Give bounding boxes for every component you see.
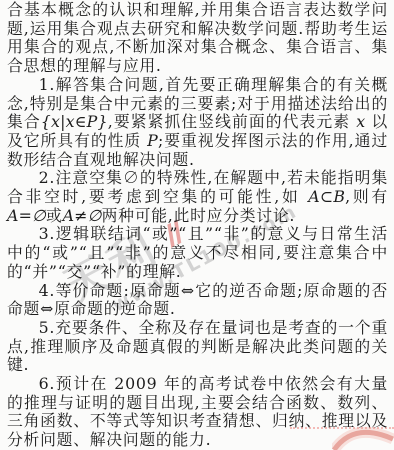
paragraph: 1.解答集合问题,首先要正确理解集合的有关概念,特别是集合中元素的三要素;对于用… <box>7 76 388 170</box>
math-expression: P <box>147 131 158 150</box>
text-run: 6.预计在 2009 年的高考试卷中依然会有大量的推理与证明的题目出现,主要会结… <box>7 374 388 449</box>
math-expression: {x|x∈P} <box>41 112 108 131</box>
paragraph: 6.预计在 2009 年的高考试卷中依然会有大量的推理与证明的题目出现,主要会结… <box>7 375 388 450</box>
document-page: 天利 www.TL100.com 合基本概念的认识和理解,并用集合语言表达数学问… <box>0 0 394 450</box>
paragraph: 2.注意空集∅的特殊性,在解题中,若未能指明集合非空时,要考虑到空集的可能性,如… <box>7 169 388 225</box>
text-run: 合基本概念的认识和理解,并用集合语言表达数学问题,运用集合观点去研究和解决数学问… <box>7 0 388 75</box>
math-expression: A⊂B <box>308 187 345 206</box>
text-run: 3.逻辑联结词“或”“且”“非”的意义与日常生活中的“或”“且”“非”的意义不尽… <box>7 224 388 280</box>
math-expression: x <box>356 112 365 131</box>
math-expression: A≠∅ <box>63 206 102 225</box>
text-run: ,则有 <box>345 187 388 206</box>
paragraph: 3.逻辑联结词“或”“且”“非”的意义与日常生活中的“或”“且”“非”的意义不尽… <box>7 225 388 281</box>
paragraph: 4.等价命题:原命题⇔它的逆否命题;原命题的否命题⇔原命题的逆命题. <box>7 282 388 319</box>
text-run: 5.充要条件、全称及存在量词也是考查的一个重点,推理顺序及命题真假的判断是解决此… <box>7 318 388 374</box>
paragraph: 合基本概念的认识和理解,并用集合语言表达数学问题,运用集合观点去研究和解决数学问… <box>7 1 388 76</box>
document-text: 合基本概念的认识和理解,并用集合语言表达数学问题,运用集合观点去研究和解决数学问… <box>0 0 394 450</box>
text-run: ,要紧紧抓住竖线前面的代表元素 <box>108 112 357 131</box>
text-run: 4.等价命题:原命题⇔它的逆否命题;原命题的否命题⇔原命题的逆命题. <box>7 281 388 319</box>
paragraph: 5.充要条件、全称及存在量词也是考查的一个重点,推理顺序及命题真假的判断是解决此… <box>7 319 388 375</box>
math-expression: A=∅ <box>7 206 46 225</box>
text-run: 或 <box>46 206 63 225</box>
text-run: 两种可能,此时应分类讨论. <box>102 206 296 225</box>
